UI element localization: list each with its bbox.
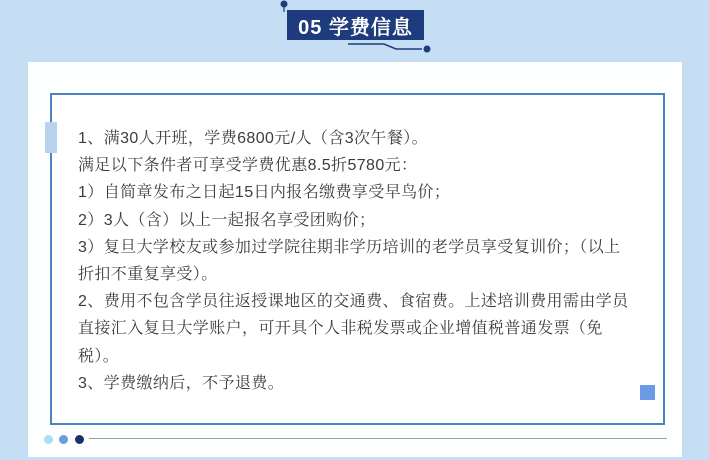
badge-top-dot (281, 1, 288, 8)
card-accent-rect-left (45, 122, 57, 153)
tuition-text-line: 满足以下条件者可享受学费优惠8.5折5780元： (78, 152, 648, 179)
tuition-text-block: 1、满30人开班，学费6800元/人（含3次午餐）。 满足以下条件者可享受学费优… (78, 125, 648, 397)
tuition-text-line: 2）3人（含）以上一起报名享受团购价； (78, 207, 648, 234)
tuition-text-line: 1、满30人开班，学费6800元/人（含3次午餐）。 (78, 125, 648, 152)
tuition-text-line: 1）自简章发布之日起15日内报名缴费享受早鸟价； (78, 179, 648, 206)
section-title-badge: 05 学费信息 (287, 10, 424, 40)
badge-end-dot (424, 46, 431, 53)
card-accent-square-bottom-right (640, 385, 655, 400)
tuition-text-line: 折扣不重复享受）。 (78, 261, 648, 288)
tuition-text-line: 2、费用不包含学员往返授课地区的交通费、食宿费。上述培训费用需由学员 (78, 288, 648, 315)
pagination-dot-2 (59, 435, 68, 444)
page-background: 05 学费信息 1、满30人开班，学费6800元/人（含3次午餐）。 满足以下条… (0, 0, 709, 460)
section-title-label: 05 学费信息 (298, 11, 413, 40)
footer-divider-line (89, 438, 667, 439)
tuition-text-line: 3）复旦大学校友或参加过学院往期非学历培训的老学员享受复训价；（以上 (78, 234, 648, 261)
pagination-dot-1 (44, 435, 53, 444)
tuition-text-line: 税）。 (78, 343, 648, 370)
badge-bottom-connector-line (348, 44, 422, 49)
tuition-text-line: 3、学费缴纳后，不予退费。 (78, 370, 648, 397)
tuition-info-card: 1、满30人开班，学费6800元/人（含3次午餐）。 满足以下条件者可享受学费优… (50, 93, 665, 425)
pagination-dot-3 (75, 435, 84, 444)
tuition-text-line: 直接汇入复旦大学账户，可开具个人非税发票或企业增值税普通发票（免 (78, 315, 648, 342)
